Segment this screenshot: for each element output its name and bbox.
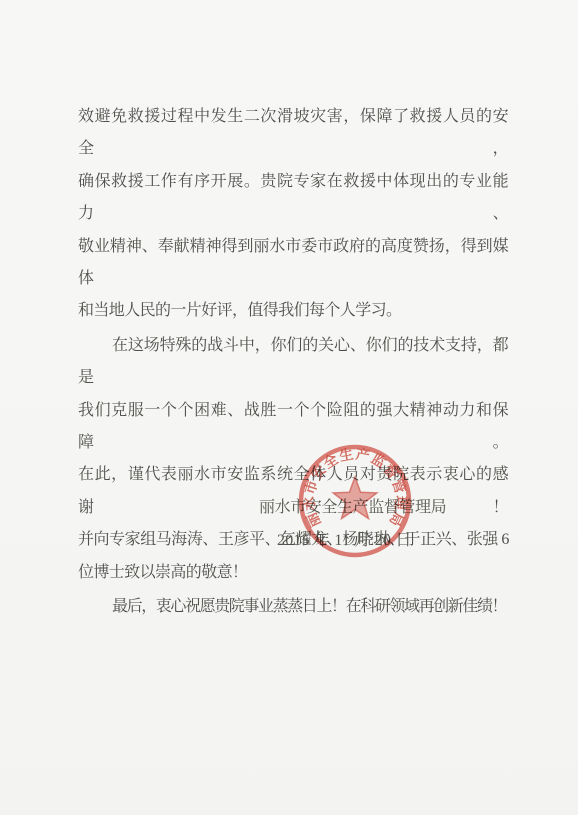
letter-line: 在这场特殊的战斗中，你们的关心、你们的技术支持，都是 <box>78 330 508 395</box>
paragraph: 最后，衷心祝愿贵院事业蒸蒸日上！在科研领域再创新佳绩！ <box>78 591 508 623</box>
paragraph: 在这场特殊的战斗中，你们的关心、你们的技术支持，都是我们克服一个个困难、战胜一个… <box>78 330 508 589</box>
letter-line: 位博士致以崇高的敬意！ <box>78 557 508 589</box>
letter-line: 效避免救援过程中发生二次滑坡灾害，保障了救援人员的安全， <box>78 101 508 166</box>
signature-date: 2015 年 11 月 20 日 <box>277 527 412 550</box>
letter-line: 和当地人民的一片好评，值得我们每个人学习。 <box>78 295 508 327</box>
letter-line: 最后，衷心祝愿贵院事业蒸蒸日上！在科研领域再创新佳绩！ <box>78 591 508 623</box>
letter-page: 效避免救援过程中发生二次滑坡灾害，保障了救援人员的安全，确保救援工作有序开展。贵… <box>0 0 578 815</box>
letter-line: 确保救援工作有序开展。贵院专家在救援中体现出的专业能力、 <box>78 166 508 231</box>
paragraph: 效避免救援过程中发生二次滑坡灾害，保障了救援人员的安全，确保救援工作有序开展。贵… <box>78 101 508 328</box>
letter-line: 我们克服一个个困难、战胜一个个险阻的强大精神动力和保障。 <box>78 395 508 460</box>
signature-agency: 丽水市安全生产监督管理局 <box>259 494 446 517</box>
letter-line: 敬业精神、奉献精神得到丽水市委市政府的高度赞扬，得到媒体 <box>78 231 508 296</box>
